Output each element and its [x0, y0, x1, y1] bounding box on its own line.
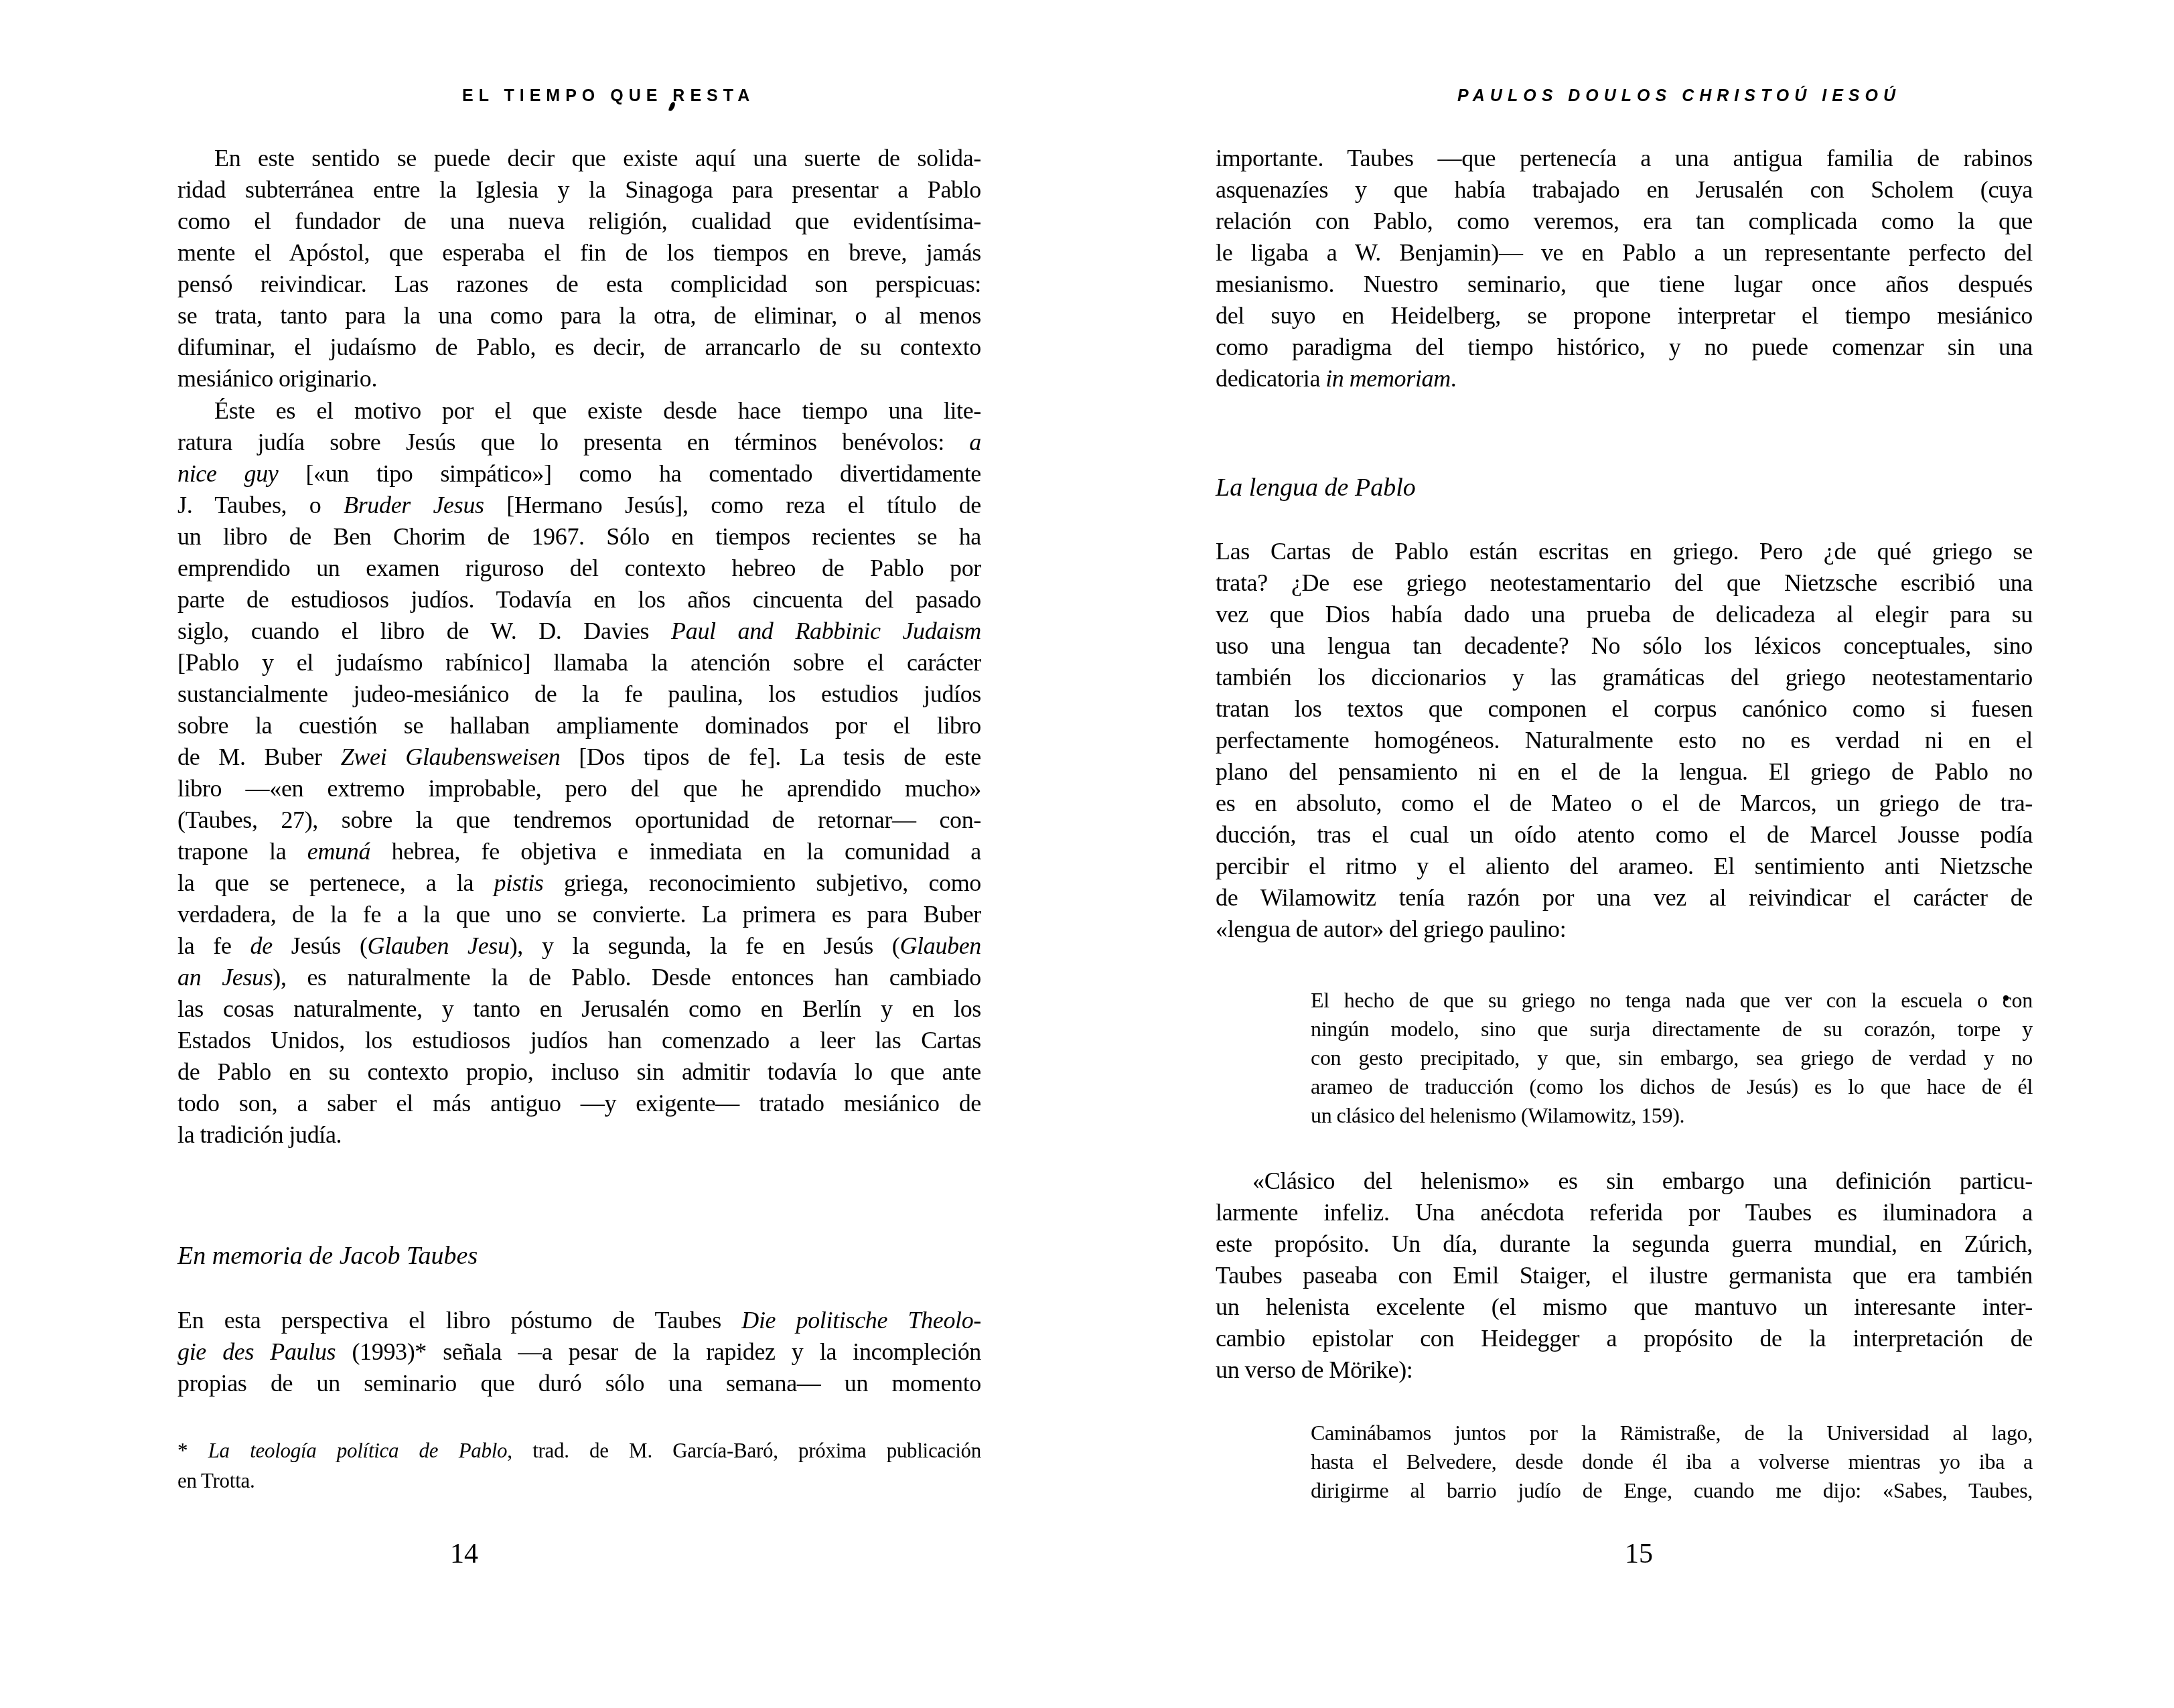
text-line: de Pablo en su contexto propio, incluso …: [177, 1056, 981, 1088]
scan-artifact-dot: [2003, 995, 2009, 1001]
text-line: un verso de Mörike):: [1216, 1354, 2033, 1386]
text-line: la que se pertenece, a la pistis griega,…: [177, 867, 981, 899]
running-head-right: PAULOS DOULOS CHRISTOÚ IESOÚ: [1457, 86, 1901, 106]
paragraph: En este sentido se puede decir que exist…: [177, 143, 981, 395]
text-line: importante. Taubes —que pertenecía a una…: [1216, 143, 2033, 174]
text-line: En este sentido se puede decir que exist…: [177, 143, 981, 174]
text-line: ridad subterránea entre la Iglesia y la …: [177, 174, 981, 206]
text-line: uso una lengua tan decadente? No sólo lo…: [1216, 630, 2033, 662]
text-line: Caminábamos juntos por la Rämistraße, de…: [1311, 1419, 2033, 1447]
text-line: de M. Buber Zwei Glaubensweisen [Dos tip…: [177, 741, 981, 773]
block-quote: El hecho de que su griego no tenga nada …: [1311, 986, 2033, 1130]
text-line: también los diccionarios y las gramática…: [1216, 662, 2033, 693]
text-line: un clásico del helenismo (Wilamowitz, 15…: [1311, 1101, 2033, 1130]
text-line: «lengua de autor» del griego paulino:: [1216, 914, 2033, 945]
text-line: sobre la cuestión se hallaban ampliament…: [177, 710, 981, 741]
text-line: difuminar, el judaísmo de Pablo, es deci…: [177, 332, 981, 363]
text-line: ningún modelo, sino que surja directamen…: [1311, 1015, 2033, 1044]
text-line: «Clásico del helenismo» es sin embargo u…: [1216, 1165, 2033, 1197]
text-line: vez que Dios había dado una prueba de de…: [1216, 599, 2033, 630]
text-line: un helenista excelente (el mismo que man…: [1216, 1291, 2033, 1323]
text-line: de Wilamowitz tenía razón por una vez al…: [1216, 882, 2033, 914]
text-line: con gesto precipitado, y que, sin embarg…: [1311, 1044, 2033, 1072]
running-head-left: EL TIEMPO QUE RESTA: [462, 86, 755, 106]
book-spread-scan: EL TIEMPO QUE RESTA En este sentido se p…: [0, 0, 2174, 1708]
text-line: gie des Paulus (1993)* señala —a pesar d…: [177, 1336, 981, 1368]
section-heading: En memoria de Jacob Taubes: [177, 1241, 478, 1271]
text-line: le ligaba a W. Benjamin)— ve en Pablo a …: [1216, 237, 2033, 269]
text-line: ratura judía sobre Jesús que lo presenta…: [177, 427, 981, 458]
text-line: J. Taubes, o Bruder Jesus [Hermano Jesús…: [177, 490, 981, 521]
text-line: siglo, cuando el libro de W. D. Davies P…: [177, 616, 981, 647]
text-line: trata? ¿De ese griego neotestamentario d…: [1216, 567, 2033, 599]
paragraph: Éste es el motivo por el que existe desd…: [177, 395, 981, 1151]
page-number-right: 15: [1599, 1538, 1679, 1570]
text-line: Taubes paseaba con Emil Staiger, el ilus…: [1216, 1260, 2033, 1291]
section-heading: La lengua de Pablo: [1216, 473, 1416, 502]
text-line: como paradigma del tiempo histórico, y n…: [1216, 332, 2033, 363]
text-line: mesiánico originario.: [177, 363, 981, 395]
text-line: Estados Unidos, los estudiosos judíos ha…: [177, 1025, 981, 1056]
text-line: como el fundador de una nueva religión, …: [177, 206, 981, 237]
text-line: El hecho de que su griego no tenga nada …: [1311, 986, 2033, 1015]
text-line: mesianismo. Nuestro seminario, que tiene…: [1216, 269, 2033, 300]
text-line: verdadera, de la fe a la que uno se conv…: [177, 899, 981, 930]
text-line: relación con Pablo, como veremos, era ta…: [1216, 206, 2033, 237]
text-line: plano del pensamiento ni en el de la len…: [1216, 756, 2033, 788]
footnote: * La teología política de Pablo, trad. d…: [177, 1435, 981, 1496]
text-line: en Trotta.: [177, 1466, 981, 1496]
text-line: arameo de traducción (como los dichos de…: [1311, 1072, 2033, 1101]
text-line: trapone la emuná hebrea, fe objetiva e i…: [177, 836, 981, 867]
text-line: hasta el Belvedere, desde donde él iba a…: [1311, 1447, 2033, 1476]
text-line: todo son, a saber el más antiguo —y exig…: [177, 1088, 981, 1119]
text-line: la fe de Jesús (Glauben Jesu), y la segu…: [177, 930, 981, 962]
text-line: En esta perspectiva el libro póstumo de …: [177, 1305, 981, 1336]
text-line: Éste es el motivo por el que existe desd…: [177, 395, 981, 427]
text-line: (Taubes, 27), sobre la que tendremos opo…: [177, 804, 981, 836]
text-line: asquenazíes y que había trabajado en Jer…: [1216, 174, 2033, 206]
text-line: cambio epistolar con Heidegger a propósi…: [1216, 1323, 2033, 1354]
text-line: sustancialmente judeo-mesiánico de la fe…: [177, 679, 981, 710]
text-line: [Pablo y el judaísmo rabínico] llamaba l…: [177, 647, 981, 679]
text-line: pensó reivindicar. Las razones de esta c…: [177, 269, 981, 300]
text-line: ducción, tras el cual un oído atento com…: [1216, 819, 2033, 851]
block-quote: Caminábamos juntos por la Rämistraße, de…: [1311, 1419, 2033, 1505]
text-line: larmente infeliz. Una anécdota referida …: [1216, 1197, 2033, 1228]
paragraph: En esta perspectiva el libro póstumo de …: [177, 1305, 981, 1399]
text-line: este propósito. Un día, durante la segun…: [1216, 1228, 2033, 1260]
text-line: es en absoluto, como el de Mateo o el de…: [1216, 788, 2033, 819]
paragraph: «Clásico del helenismo» es sin embargo u…: [1216, 1165, 2033, 1386]
text-line: mente el Apóstol, que esperaba el fin de…: [177, 237, 981, 269]
text-line: emprendido un examen riguroso del contex…: [177, 553, 981, 584]
text-line: * La teología política de Pablo, trad. d…: [177, 1435, 981, 1466]
text-line: la tradición judía.: [177, 1119, 981, 1151]
text-line: libro —«en extremo improbable, pero del …: [177, 773, 981, 804]
text-line: an Jesus), es naturalmente la de Pablo. …: [177, 962, 981, 993]
text-line: se trata, tanto para la una como para la…: [177, 300, 981, 332]
text-line: propias de un seminario que duró sólo un…: [177, 1368, 981, 1399]
text-line: parte de estudiosos judíos. Todavía en l…: [177, 584, 981, 616]
text-line: del suyo en Heidelberg, se propone inter…: [1216, 300, 2033, 332]
text-line: las cosas naturalmente, y tanto en Jerus…: [177, 993, 981, 1025]
text-line: tratan los textos que componen el corpus…: [1216, 693, 2033, 725]
text-line: un libro de Ben Chorim de 1967. Sólo en …: [177, 521, 981, 553]
text-line: perfectamente homogéneos. Naturalmente e…: [1216, 725, 2033, 756]
text-line: Las Cartas de Pablo están escritas en gr…: [1216, 536, 2033, 567]
text-line: nice guy [«un tipo simpático»] como ha c…: [177, 458, 981, 490]
text-line: percibir el ritmo y el aliento del arame…: [1216, 851, 2033, 882]
text-line: dedicatoria in memoriam.: [1216, 363, 2033, 395]
paragraph: importante. Taubes —que pertenecía a una…: [1216, 143, 2033, 395]
page-number-left: 14: [424, 1538, 504, 1570]
text-line: dirigirme al barrio judío de Enge, cuand…: [1311, 1476, 2033, 1505]
paragraph: Las Cartas de Pablo están escritas en gr…: [1216, 536, 2033, 945]
